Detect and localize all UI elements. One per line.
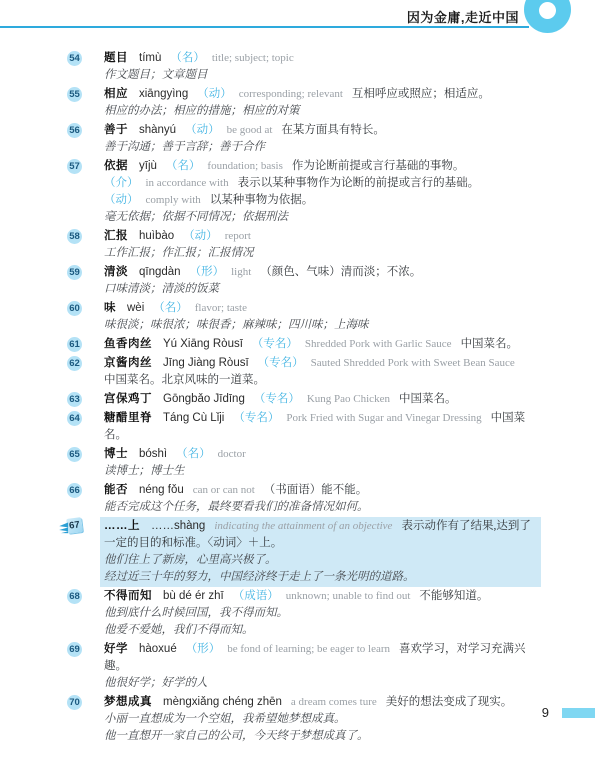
pinyin: bóshì	[139, 448, 167, 460]
pinyin: néng fǒu	[139, 484, 184, 496]
headword-line: 味wèi（名）flavor; taste	[104, 300, 537, 317]
english-gloss: unknown; unable to find out	[286, 590, 411, 602]
pos-tag: （名）	[176, 448, 211, 460]
english-gloss: light	[231, 266, 251, 278]
vocab-entry: 54题目tímù（名）title; subject; topic作文题目；文章题…	[66, 50, 537, 84]
english-gloss: Sauted Shredded Pork with Sweet Bean Sau…	[311, 357, 515, 369]
entry-body: ……上……shàngindicating the attainment of a…	[100, 517, 541, 587]
pos-tag: （介）	[104, 177, 139, 189]
headword-line: 相应xiāngyìng（动）corresponding; relevant互相呼…	[104, 86, 537, 103]
pos-tag: （动）	[197, 88, 232, 100]
entry-number-badge: 56	[67, 123, 82, 138]
vocab-entry: 56善于shànyú（动）be good at在某方面具有特长。善于沟通；善于言…	[66, 122, 537, 156]
english-gloss: report	[225, 230, 251, 242]
english-gloss: Shredded Pork with Garlic Sauce	[305, 338, 452, 350]
entry-body: 不得而知bù dé ér zhī（成语）unknown; unable to f…	[104, 588, 537, 639]
headword: 汇报	[104, 230, 128, 242]
vocab-entry: 57依据yījù（名）foundation; basis作为论断前提或言行基础的…	[66, 158, 537, 226]
vocab-entry: 68不得而知bù dé ér zhī（成语）unknown; unable to…	[66, 588, 537, 639]
chinese-definition: 中国菜名。	[461, 338, 519, 350]
pos-tag: （动）	[185, 124, 220, 136]
pos-tag: （名）	[170, 52, 205, 64]
vocab-entry: 65博士bóshì（名）doctor读博士；博士生	[66, 446, 537, 480]
pinyin: tímù	[139, 52, 161, 64]
example-line: 作文题目；文章题目	[104, 67, 537, 84]
headword-line: 京酱肉丝Jīng Jiàng Ròusī（专名）Sauted Shredded …	[104, 355, 537, 372]
example-line: 相应的办法；相应的措施；相应的对策	[104, 103, 537, 120]
example-line: 能否完成这个任务，最终要看我们的准备情况如何。	[104, 499, 537, 516]
pos-tag: （名）	[153, 302, 188, 314]
english-gloss: foundation; basis	[207, 160, 282, 172]
entry-number-badge: 55	[67, 87, 82, 102]
headword-line: 鱼香肉丝Yú Xiāng Ròusī（专名）Shredded Pork with…	[104, 336, 537, 353]
vocab-entry: 62京酱肉丝Jīng Jiàng Ròusī（专名）Sauted Shredde…	[66, 355, 537, 389]
pos-tag: （专名）	[252, 338, 298, 350]
headword: 京酱肉丝	[104, 357, 152, 369]
pinyin: yījù	[139, 160, 157, 172]
pos-tag: （形）	[186, 643, 221, 655]
entry-number-badge: 58	[67, 229, 82, 244]
entry-number-badge: 57	[67, 159, 82, 174]
headword-line: 不得而知bù dé ér zhī（成语）unknown; unable to f…	[104, 588, 537, 605]
english-gloss: doctor	[218, 448, 246, 460]
vocab-entry: 64糖醋里脊Táng Cù Lǐji（专名）Pork Fried with Su…	[66, 410, 537, 444]
entry-body: 相应xiāngyìng（动）corresponding; relevant互相呼…	[104, 86, 537, 120]
example-line: 毫无依据；依据不同情况；依据刑法	[104, 209, 537, 226]
book-title: 因为金庸,走近中国	[407, 7, 519, 26]
header-rule	[0, 26, 529, 28]
english-gloss: corresponding; relevant	[239, 88, 343, 100]
vocab-entry: 58汇报huìbào（动）report工作汇报；作汇报；汇报情况	[66, 228, 537, 262]
headword-line: 善于shànyú（动）be good at在某方面具有特长。	[104, 122, 537, 139]
chinese-definition: （颜色、气味）清而淡；不浓。	[260, 266, 421, 278]
headword: 清淡	[104, 266, 128, 278]
chinese-definition: 作为论断前提或言行基础的事物。	[292, 160, 465, 172]
page-header: 因为金庸,走近中国	[0, 0, 595, 40]
chinese-definition: 互相呼应或照应；相适应。	[352, 88, 490, 100]
headword: 善于	[104, 124, 128, 136]
headword-line: 博士bóshì（名）doctor	[104, 446, 537, 463]
headword: ……上	[104, 520, 140, 532]
pinyin: Yú Xiāng Ròusī	[163, 338, 243, 350]
entry-body: 题目tímù（名）title; subject; topic作文题目；文章题目	[104, 50, 537, 84]
extra-sense-line: （介）in accordance with表示以某种事物作为论断的前提或言行的基…	[104, 175, 537, 192]
example-line: 工作汇报；作汇报；汇报情况	[104, 245, 537, 262]
entry-number-badge: 68	[67, 589, 82, 604]
headword: 糖醋里脊	[104, 412, 152, 424]
example-line: 他们住上了新房，心里高兴极了。	[104, 552, 537, 569]
pinyin: huìbào	[139, 230, 174, 242]
headword: 味	[104, 302, 116, 314]
entry-body: 博士bóshì（名）doctor读博士；博士生	[104, 446, 537, 480]
page-number-bar	[562, 708, 595, 718]
headword: 相应	[104, 88, 128, 100]
english-gloss: be fond of learning; be eager to learn	[227, 643, 390, 655]
chinese-definition: 在某方面具有特长。	[281, 124, 385, 136]
pinyin: qīngdàn	[139, 266, 181, 278]
ring-decoration-icon	[524, 0, 571, 33]
headword-line: 汇报huìbào（动）report	[104, 228, 537, 245]
pos-tag: （动）	[183, 230, 218, 242]
english-gloss: can or can not	[193, 484, 255, 496]
headword: 鱼香肉丝	[104, 338, 152, 350]
entry-body: 能否néng fǒucan or can not（书面语）能不能。能否完成这个任…	[104, 482, 537, 516]
entry-body: 京酱肉丝Jīng Jiàng Ròusī（专名）Sauted Shredded …	[104, 355, 537, 389]
entry-number-badge: 65	[67, 447, 82, 462]
extra-sense-line: 中国菜名。北京风味的一道菜。	[104, 372, 537, 389]
page-footer: 9	[0, 703, 595, 725]
english-gloss: in accordance with	[146, 177, 229, 189]
entry-number-badge: 66	[67, 483, 82, 498]
vocab-entry: 61鱼香肉丝Yú Xiāng Ròusī（专名）Shredded Pork wi…	[66, 336, 537, 353]
pos-tag: （名）	[166, 160, 201, 172]
entry-number-badge: 69	[67, 642, 82, 657]
example-line: 他一直想开一家自己的公司，今天终于梦想成真了。	[104, 728, 537, 745]
chinese-definition: 表示以某种事物作为论断的前提或言行的基础。	[238, 177, 480, 189]
vocab-list: 54题目tímù（名）title; subject; topic作文题目；文章题…	[66, 50, 537, 745]
entry-body: 糖醋里脊Táng Cù Lǐji（专名）Pork Fried with Suga…	[104, 410, 537, 444]
english-gloss: Pork Fried with Sugar and Vinegar Dressi…	[286, 412, 481, 424]
vocab-entry: 63宫保鸡丁Gōngbǎo Jīdīng（专名）Kung Pao Chicken…	[66, 391, 537, 408]
example-line: 他很好学；好学的人	[104, 675, 537, 692]
english-gloss: Kung Pao Chicken	[307, 393, 390, 405]
headword-line: 清淡qīngdàn（形）light（颜色、气味）清而淡；不浓。	[104, 264, 537, 281]
pinyin: hàoxué	[139, 643, 177, 655]
headword: 好学	[104, 643, 128, 655]
pinyin: wèi	[127, 302, 144, 314]
headword-line: 好学hàoxué（形）be fond of learning; be eager…	[104, 641, 537, 675]
example-line: 他到底什么时候回国，我不得而知。	[104, 605, 537, 622]
headword-line: 依据yījù（名）foundation; basis作为论断前提或言行基础的事物…	[104, 158, 537, 175]
pinyin: xiāngyìng	[139, 88, 188, 100]
entry-number-badge: 62	[67, 356, 82, 371]
entry-number-badge: 54	[67, 51, 82, 66]
entry-body: 好学hàoxué（形）be fond of learning; be eager…	[104, 641, 537, 692]
headword-line: ……上……shàngindicating the attainment of a…	[104, 518, 537, 552]
pos-tag: （动）	[104, 194, 139, 206]
pos-tag: （形）	[190, 266, 225, 278]
headword-line: 题目tímù（名）title; subject; topic	[104, 50, 537, 67]
headword-line: 能否néng fǒucan or can not（书面语）能不能。	[104, 482, 537, 499]
pinyin: Táng Cù Lǐji	[163, 412, 224, 424]
chinese-definition: （书面语）能不能。	[264, 484, 368, 496]
vocab-entry: 60味wèi（名）flavor; taste味很淡；味很浓；味很香；麻辣味；四川…	[66, 300, 537, 334]
pos-tag: （专名）	[258, 357, 304, 369]
grammar-flag-badge: 67	[66, 517, 83, 534]
example-line: 口味清淡；清淡的饭菜	[104, 281, 537, 298]
headword: 依据	[104, 160, 128, 172]
entry-number-badge: 60	[67, 301, 82, 316]
english-gloss: comply with	[146, 194, 201, 206]
pos-tag: （专名）	[233, 412, 279, 424]
headword-line: 宫保鸡丁Gōngbǎo Jīdīng（专名）Kung Pao Chicken中国…	[104, 391, 537, 408]
vocab-entry: 67……上……shàngindicating the attainment of…	[66, 517, 537, 587]
chinese-definition: 中国菜名。北京风味的一道菜。	[104, 374, 265, 386]
chinese-definition: 中国菜名。	[399, 393, 457, 405]
entry-body: 宫保鸡丁Gōngbǎo Jīdīng（专名）Kung Pao Chicken中国…	[104, 391, 537, 408]
entry-body: 汇报huìbào（动）report工作汇报；作汇报；汇报情况	[104, 228, 537, 262]
example-line: 他爱不爱她，我们不得而知。	[104, 622, 537, 639]
example-line: 读博士；博士生	[104, 463, 537, 480]
entry-body: 鱼香肉丝Yú Xiāng Ròusī（专名）Shredded Pork with…	[104, 336, 537, 353]
headword-line: 糖醋里脊Táng Cù Lǐji（专名）Pork Fried with Suga…	[104, 410, 537, 444]
vocab-entry: 69好学hàoxué（形）be fond of learning; be eag…	[66, 641, 537, 692]
pinyin: Gōngbǎo Jīdīng	[163, 393, 245, 405]
example-line: 味很淡；味很浓；味很香；麻辣味；四川味；上海味	[104, 317, 537, 334]
headword: 能否	[104, 484, 128, 496]
pos-tag: （成语）	[233, 590, 279, 602]
vocab-entry: 55相应xiāngyìng（动）corresponding; relevant互…	[66, 86, 537, 120]
headword: 不得而知	[104, 590, 152, 602]
page-number: 9	[542, 705, 549, 720]
pos-tag: （专名）	[254, 393, 300, 405]
vocab-entry: 59清淡qīngdàn（形）light（颜色、气味）清而淡；不浓。口味清淡；清淡…	[66, 264, 537, 298]
vocab-entry: 66能否néng fǒucan or can not（书面语）能不能。能否完成这…	[66, 482, 537, 516]
english-gloss: flavor; taste	[195, 302, 247, 314]
entry-number-badge: 59	[67, 265, 82, 280]
entry-number-badge: 63	[67, 392, 82, 407]
chinese-definition: 不能够知道。	[419, 590, 488, 602]
ring-hole	[539, 2, 556, 19]
headword: 宫保鸡丁	[104, 393, 152, 405]
entry-number-badge: 61	[67, 337, 82, 352]
english-gloss: be good at	[227, 124, 273, 136]
headword: 题目	[104, 52, 128, 64]
example-line: 经过近三十年的努力，中国经济终于走上了一条光明的道路。	[104, 569, 537, 586]
headword: 博士	[104, 448, 128, 460]
pinyin: Jīng Jiàng Ròusī	[163, 357, 249, 369]
entry-body: 善于shànyú（动）be good at在某方面具有特长。善于沟通；善于言辞；…	[104, 122, 537, 156]
pinyin: bù dé ér zhī	[163, 590, 224, 602]
pinyin: shànyú	[139, 124, 176, 136]
example-line: 善于沟通；善于言辞；善于合作	[104, 139, 537, 156]
english-gloss: indicating the attainment of an objectiv…	[214, 520, 392, 532]
entry-body: 味wèi（名）flavor; taste味很淡；味很浓；味很香；麻辣味；四川味；…	[104, 300, 537, 334]
entry-body: 清淡qīngdàn（形）light（颜色、气味）清而淡；不浓。口味清淡；清淡的饭…	[104, 264, 537, 298]
entry-body: 依据yījù（名）foundation; basis作为论断前提或言行基础的事物…	[104, 158, 537, 226]
english-gloss: title; subject; topic	[212, 52, 294, 64]
chinese-definition: 以某种事物为依据。	[210, 194, 314, 206]
extra-sense-line: （动）comply with以某种事物为依据。	[104, 192, 537, 209]
entry-number-badge: 64	[67, 411, 82, 426]
pinyin: ……shàng	[151, 520, 205, 532]
